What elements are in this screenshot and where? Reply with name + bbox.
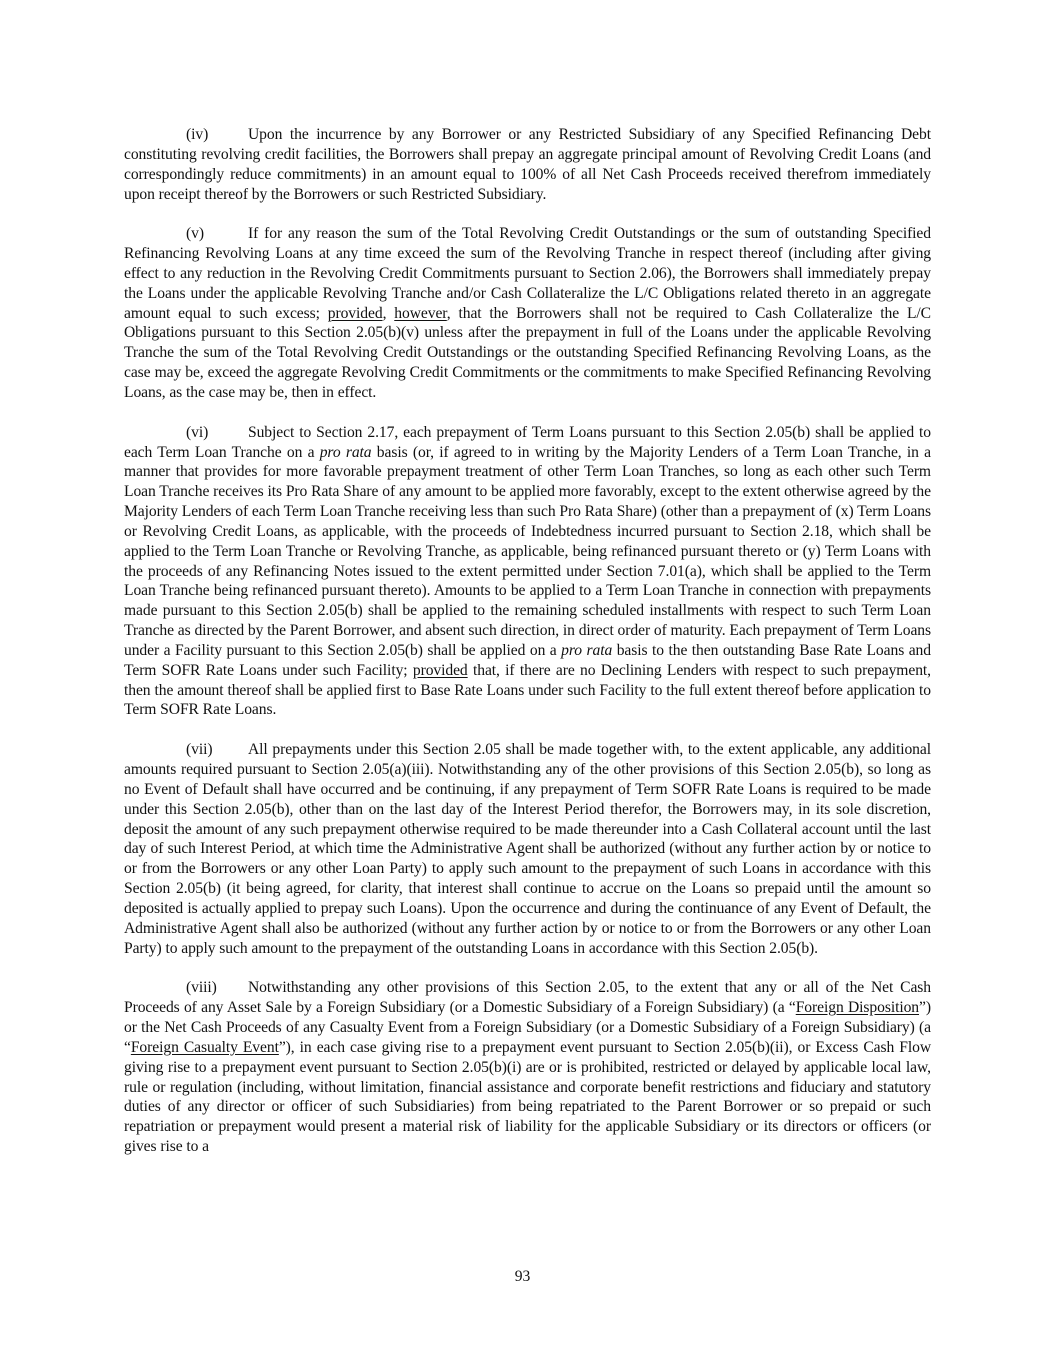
page-number: 93 — [0, 1268, 1045, 1286]
paragraph-label: (v) — [186, 224, 248, 244]
defined-term-however: however — [394, 305, 447, 322]
paragraph-v: (v)If for any reason the sum of the Tota… — [124, 224, 931, 403]
paragraph-text: , — [383, 305, 395, 322]
paragraph-label: (vii) — [186, 740, 248, 760]
document-page: (iv)Upon the incurrence by any Borrower … — [124, 125, 931, 1177]
paragraph-iv: (iv)Upon the incurrence by any Borrower … — [124, 125, 931, 204]
paragraph-label: (vi) — [186, 423, 248, 443]
defined-term-foreign-disposition: Foreign Disposition — [796, 999, 919, 1016]
defined-term-provided: provided — [413, 662, 468, 679]
defined-term-provided: provided — [328, 305, 383, 322]
defined-term-foreign-casualty-event: Foreign Casualty Event — [131, 1039, 279, 1056]
italic-term-pro-rata: pro rata — [561, 642, 612, 659]
paragraph-vii: (vii)All prepayments under this Section … — [124, 740, 931, 958]
paragraph-text: All prepayments under this Section 2.05 … — [124, 741, 931, 956]
paragraph-label: (iv) — [186, 125, 248, 145]
paragraph-text: ”), in each case giving rise to a prepay… — [124, 1039, 931, 1155]
italic-term-pro-rata: pro rata — [320, 444, 372, 461]
paragraph-vi: (vi)Subject to Section 2.17, each prepay… — [124, 423, 931, 721]
paragraph-label: (viii) — [186, 978, 248, 998]
paragraph-viii: (viii)Notwithstanding any other provisio… — [124, 978, 931, 1157]
paragraph-text: basis (or, if agreed to in writing by th… — [124, 444, 931, 659]
